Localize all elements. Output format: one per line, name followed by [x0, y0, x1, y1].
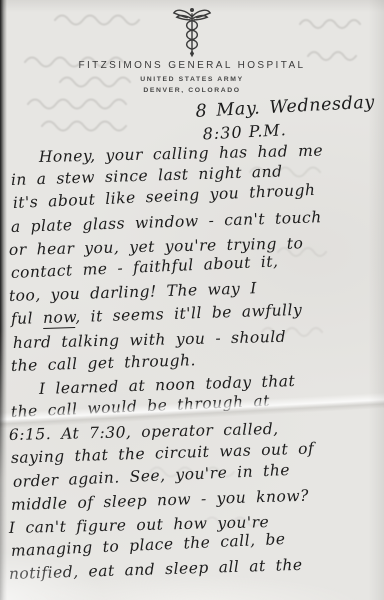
scanned-letter-page: FITZSIMONS GENERAL HOSPITAL UNITED STATE… — [0, 0, 384, 600]
letter-body: Honey, your calling has had mein a stew … — [9, 146, 379, 587]
line-segment: the call get through. — [11, 351, 197, 375]
scan-edge-shadow — [0, 0, 7, 600]
letterhead: FITZSIMONS GENERAL HOSPITAL UNITED STATE… — [0, 6, 384, 94]
line-segment: , it seems it'll be awfully — [75, 301, 303, 326]
letterhead-city-line: DENVER, COLORADO — [0, 87, 384, 94]
underlined-word: now — [43, 308, 76, 329]
letterhead-army-line: UNITED STATES ARMY — [0, 76, 384, 83]
letterhead-hospital-name: FITZSIMONS GENERAL HOSPITAL — [0, 60, 384, 71]
caduceus-icon — [171, 6, 213, 58]
line-segment: ful — [11, 309, 44, 328]
